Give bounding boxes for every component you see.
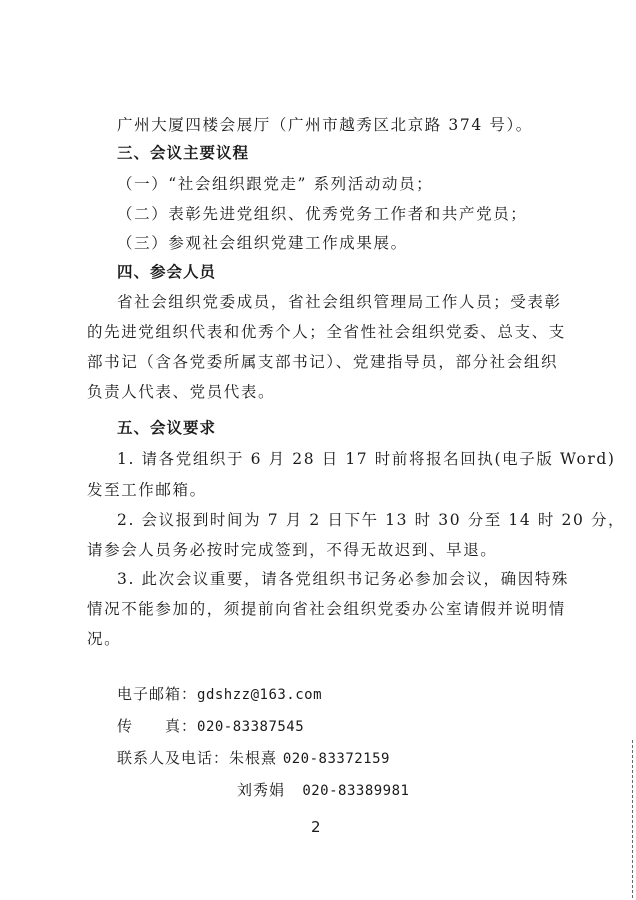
section-3-heading: 三、会议主要议程	[117, 143, 249, 163]
agenda-item: （三）参观社会组织党建工作成果展。	[117, 233, 408, 253]
attendees-paragraph-line: 负责人代表、党员代表。	[87, 382, 275, 402]
document-page: 广州大厦四楼会展厅（广州市越秀区北京路 374 号）。 三、会议主要议程 （一）…	[0, 0, 636, 900]
requirement-line: 发至工作邮箱。	[87, 480, 207, 500]
contact-row: 刘秀娟 020-83389981	[237, 780, 409, 801]
attendees-paragraph-line: 省社会组织党委成员，省社会组织管理局工作人员；受表彰	[117, 292, 562, 312]
contact-name: 刘秀娟	[237, 781, 285, 799]
requirement-line: 情况不能参加的，须提前向省社会组织党委办公室请假并说明情	[87, 599, 566, 619]
fax-label: 传 真：	[117, 716, 197, 736]
contact-phone: 020-83389981	[302, 783, 409, 799]
page-number: 2	[311, 818, 321, 836]
contact-row: 联系人及电话：朱根熹 020-83372159	[117, 748, 390, 769]
section-5-heading: 五、会议要求	[117, 418, 216, 438]
requirement-line: 3. 此次会议重要，请各党组织书记务必参加会议，确因特殊	[117, 569, 569, 589]
requirement-line: 请参会人员务必按时完成签到，不得无故迟到、早退。	[87, 540, 497, 560]
contact-name: 朱根熹	[229, 749, 277, 767]
fax-row: 传 真：020-83387545	[117, 716, 304, 737]
email-label: 电子邮箱：	[117, 684, 197, 704]
section-4-heading: 四、参会人员	[117, 262, 216, 282]
email-address: gdshzz@163.com	[197, 687, 322, 703]
contact-phone: 020-83372159	[283, 751, 390, 767]
requirement-line: 况。	[87, 629, 121, 649]
attendees-paragraph-line: 部书记（含各党委所属支部书记）、党建指导员，部分社会组织	[87, 352, 558, 372]
agenda-item: （一）“社会组织跟党走” 系列活动动员；	[117, 174, 433, 194]
venue-line: 广州大厦四楼会展厅（广州市越秀区北京路 374 号）。	[117, 115, 533, 135]
scan-edge-line	[632, 740, 633, 900]
email-row: 电子邮箱：gdshzz@163.com	[117, 684, 322, 705]
requirement-line: 1. 请各党组织于 6 月 28 日 17 时前将报名回执(电子版 Word)	[117, 449, 616, 469]
attendees-paragraph-line: 的先进党组织代表和优秀个人；全省性社会组织党委、总支、支	[87, 322, 566, 342]
fax-number: 020-83387545	[197, 719, 304, 735]
agenda-item: （二）表彰先进党组织、优秀党务工作者和共产党员；	[117, 204, 527, 224]
requirement-line: 2. 会议报到时间为 7 月 2 日下午 13 时 30 分至 14 时 20 …	[117, 510, 625, 530]
contacts-label: 联系人及电话：	[117, 748, 229, 768]
